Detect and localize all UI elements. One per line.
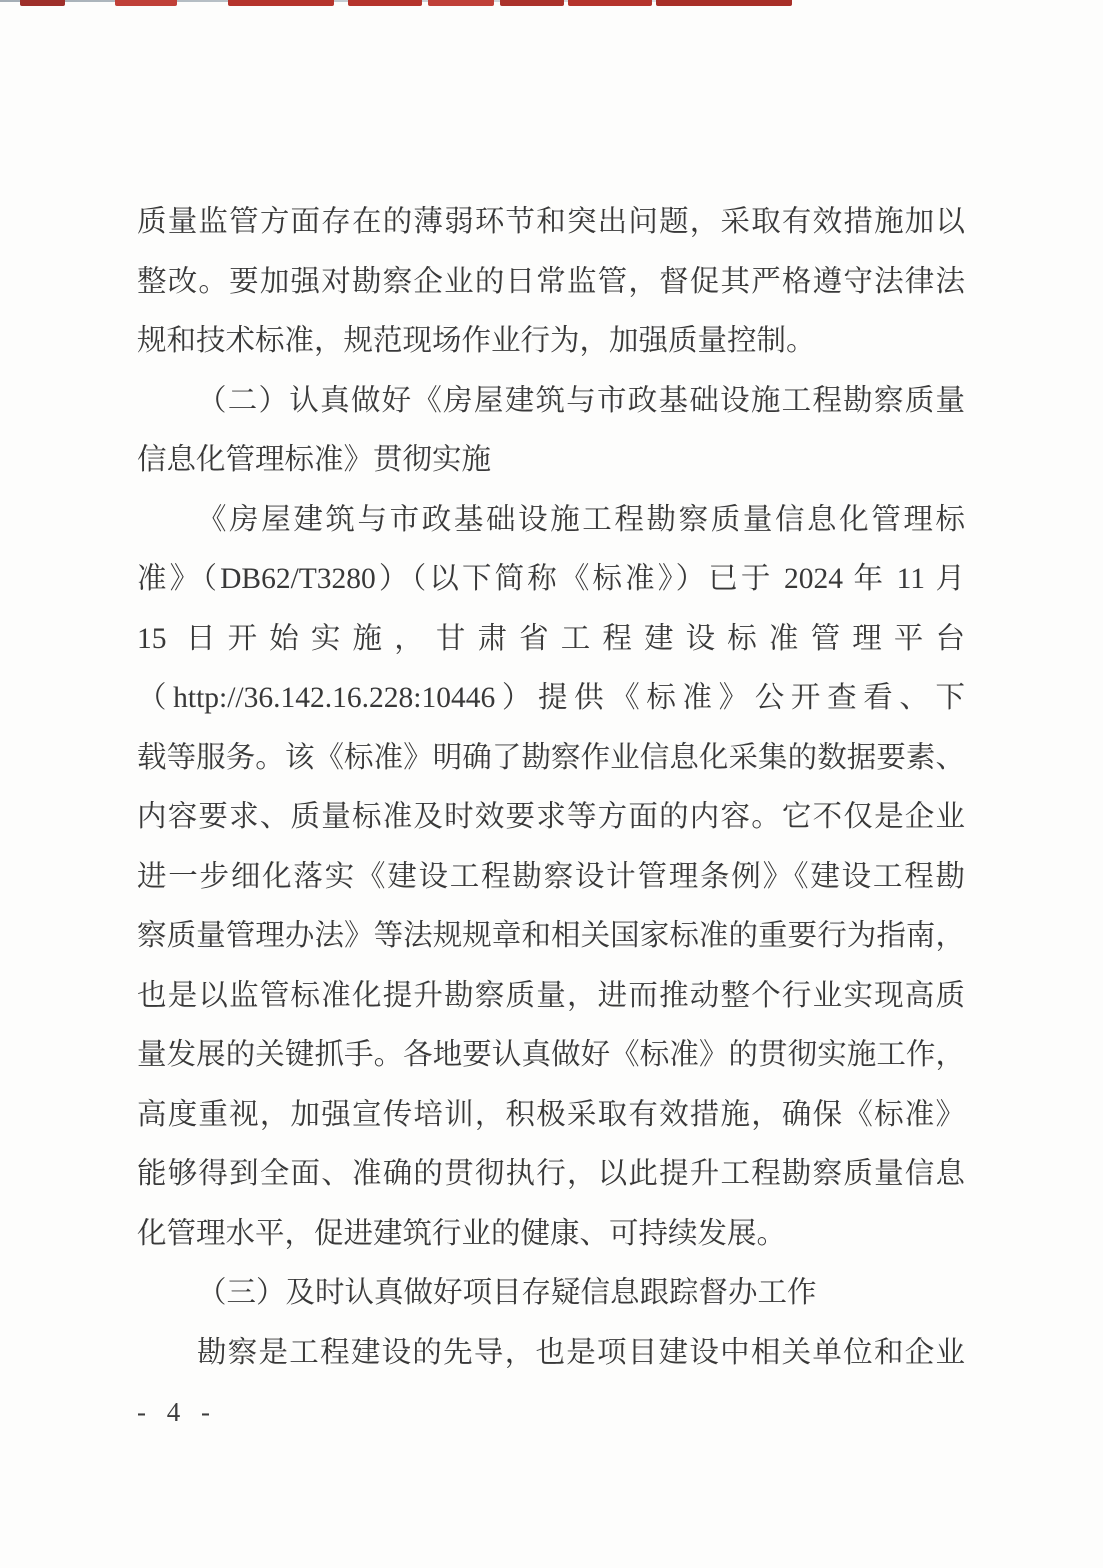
scan-artifact-mark [568,0,652,6]
document-text-line: 高度重视，加强宣传培训，积极采取有效措施，确保《标准》 [137,1086,965,1146]
document-text-line: 信息化管理标准》贯彻实施 [137,431,965,491]
document-text-line: 量发展的关键抓手。各地要认真做好《标准》的贯彻实施工作， [137,1026,965,1086]
scan-artifact-mark [115,0,177,6]
scan-artifact-mark [500,0,564,6]
scan-artifact-mark [228,0,334,6]
scan-artifact-strip [0,0,1103,10]
document-text-line: 规和技术标准，规范现场作业行为，加强质量控制。 [137,312,965,372]
document-text-line: 化管理水平，促进建筑行业的健康、可持续发展。 [137,1205,965,1265]
document-text-line: （三）及时认真做好项目存疑信息跟踪督办工作 [137,1264,965,1324]
scanned-document-page: { "page": { "number": "- 4 -", "paper_co… [0,0,1103,1568]
document-text-line: 载等服务。该《标准》明确了勘察作业信息化采集的数据要素、 [137,729,965,789]
document-text-line: 也是以监管标准化提升勘察质量，进而推动整个行业实现高质 [137,967,965,1027]
scan-artifact-mark [348,0,422,6]
scan-artifact-mark [428,0,494,6]
document-text-line: 能够得到全面、准确的贯彻执行，以此提升工程勘察质量信息 [137,1145,965,1205]
document-text-line: 准》（DB62/T3280）（以下简称《标准》）已于 2024 年 11 月 [137,550,965,610]
document-text-line: （二）认真做好《房屋建筑与市政基础设施工程勘察质量 [137,372,965,432]
document-text-line: 15 日开始实施，甘肃省工程建设标准管理平台 [137,610,965,670]
page-number: - 4 - [137,1383,965,1443]
document-body: 质量监管方面存在的薄弱环节和突出问题，采取有效措施加以整改。要加强对勘察企业的日… [137,193,965,1443]
document-text-line: 勘察是工程建设的先导，也是项目建设中相关单位和企业 [137,1324,965,1384]
document-text-line: 察质量管理办法》等法规规章和相关国家标准的重要行为指南， [137,907,965,967]
scan-artifact-mark [656,0,792,6]
document-text-line: （http://36.142.16.228:10446）提供《标准》公开查看、下 [137,669,965,729]
document-text-line: 《房屋建筑与市政基础设施工程勘察质量信息化管理标 [137,491,965,551]
document-text-line: 质量监管方面存在的薄弱环节和突出问题，采取有效措施加以 [137,193,965,253]
document-lines: 质量监管方面存在的薄弱环节和突出问题，采取有效措施加以整改。要加强对勘察企业的日… [137,193,965,1383]
document-text-line: 内容要求、质量标准及时效要求等方面的内容。它不仅是企业 [137,788,965,848]
document-text-line: 进一步细化落实《建设工程勘察设计管理条例》《建设工程勘 [137,848,965,908]
scan-artifact-mark [20,0,65,6]
document-text-line: 整改。要加强对勘察企业的日常监管，督促其严格遵守法律法 [137,253,965,313]
